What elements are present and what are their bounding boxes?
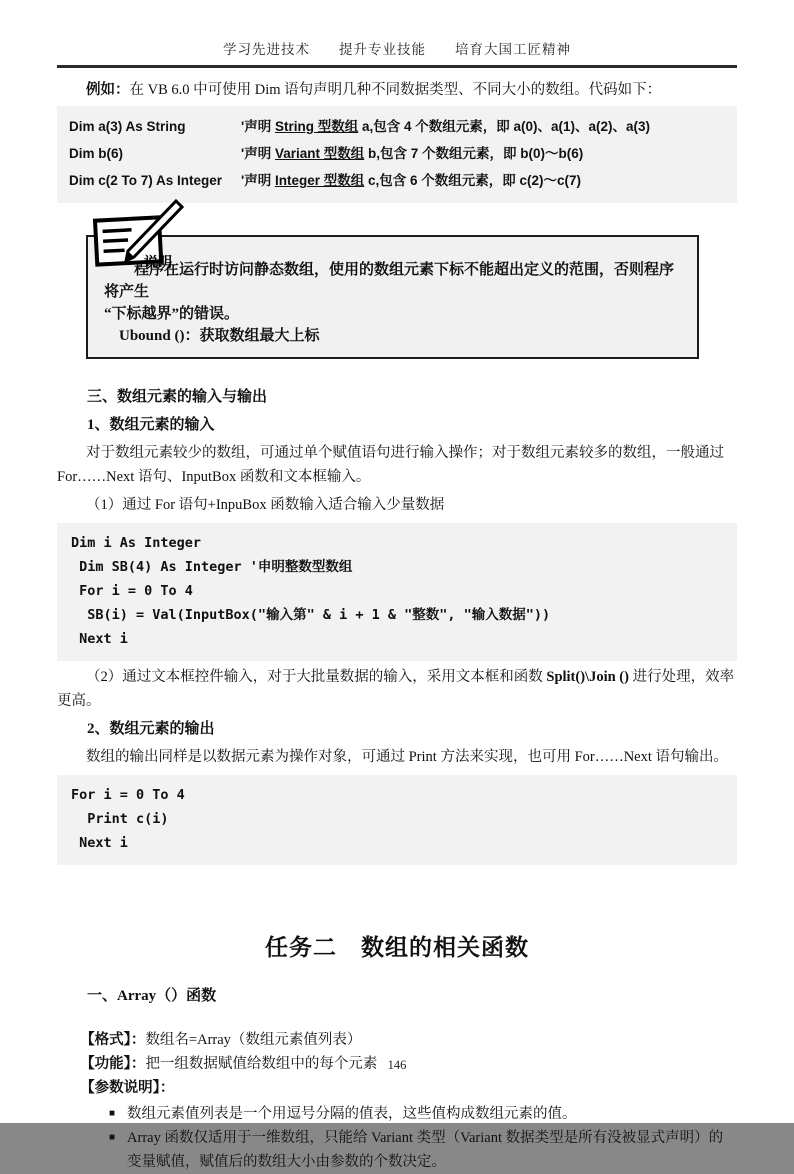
page-header: 学习先进技术 提升专业技能 培育大国工匠精神 — [57, 38, 737, 68]
code-line: Next i — [71, 831, 725, 855]
params-line: 【参数说明】： — [57, 1076, 737, 1100]
bullet-item: ■数组元素值列表是一个用逗号分隔的值表，这些值构成数组元素的值。 — [109, 1102, 737, 1126]
format-label: 【格式】： — [80, 1032, 145, 1048]
code-comment: '声明 Integer 型数组 c,包含 6 个数组元素，即 c(2)～c(7) — [241, 167, 727, 194]
input-paragraph: 对于数组元素较少的数组，可通过单个赋值语句进行输入操作；对于数组元素较多的数组，… — [57, 441, 737, 489]
page-number: 146 — [0, 1058, 794, 1073]
note-callout: 说明 程序在运行时访问静态数组，使用的数组元素下标不能超出定义的范围，否则程序将… — [86, 235, 699, 359]
code-comment: '声明 Variant 型数组 b,包含 7 个数组元素，即 b(0)～b(6) — [241, 140, 727, 167]
example-label: 例如： — [86, 82, 130, 98]
comment-underlined: Integer 型数组 — [275, 173, 364, 188]
code-row: Dim c(2 To 7) As Integer '声明 Integer 型数组… — [69, 167, 727, 194]
example-paragraph: 例如：在 VB 6.0 中可使用 Dim 语句声明几种不同数据类型、不同大小的数… — [57, 79, 737, 101]
code-line: Dim SB(4) As Integer '申明整数型数组 — [71, 555, 725, 579]
array-function-heading: 一、Array（）函数 — [57, 984, 737, 1008]
comment-rest: c,包含 6 个数组元素，即 c(2)～c(7) — [364, 173, 581, 188]
comment-rest: b,包含 7 个数组元素，即 b(0)～b(6) — [364, 146, 583, 161]
note-icon-label: 说明 — [144, 254, 172, 271]
code-line: For i = 0 To 4 — [71, 783, 725, 807]
output-paragraph: 数组的输出同样是以数据元素为操作对象，可通过 Print 方法来实现，也可用 F… — [57, 745, 737, 769]
code-line: For i = 0 To 4 — [71, 579, 725, 603]
bullet-text: 数组元素值列表是一个用逗号分隔的值表，这些值构成数组元素的值。 — [127, 1102, 577, 1126]
square-bullet-icon: ■ — [109, 1126, 115, 1174]
output-code-block: For i = 0 To 4 Print c(i) Next i — [57, 775, 737, 865]
dim-code-block: Dim a(3) As String '声明 String 型数组 a,包含 4… — [57, 106, 737, 203]
code-row: Dim b(6) '声明 Variant 型数组 b,包含 7 个数组元素，即 … — [69, 140, 727, 167]
bullet-text: Array 函数仅适用于一维数组，只能给 Variant 类型（Variant … — [127, 1126, 737, 1174]
comment-prefix: '声明 — [241, 146, 275, 161]
note-line: Ubound ()：获取数组最大上标 — [104, 325, 681, 347]
notepad-pencil-icon: 说明 — [88, 199, 184, 277]
square-bullet-icon: ■ — [109, 1102, 115, 1126]
format-line: 【格式】：数组名=Array（数组元素值列表） — [57, 1028, 737, 1052]
note-line: “下标越界”的错误。 — [104, 303, 681, 325]
comment-underlined: String 型数组 — [275, 119, 358, 134]
code-statement: Dim b(6) — [69, 140, 241, 167]
item1-line: （1）通过 For 语句+InpuBox 函数输入适合输入少量数据 — [57, 493, 737, 517]
subsection-heading-output: 2、数组元素的输出 — [57, 717, 737, 741]
note-line: 程序在运行时访问静态数组，使用的数组元素下标不能超出定义的范围，否则程序将产生 — [104, 259, 681, 303]
item2-function-names: Split()\Join () — [546, 669, 629, 685]
params-bullet-list: ■数组元素值列表是一个用逗号分隔的值表，这些值构成数组元素的值。 ■Array … — [57, 1102, 737, 1174]
section-heading: 三、数组元素的输入与输出 — [57, 385, 737, 409]
comment-underlined: Variant 型数组 — [275, 146, 364, 161]
example-text: 在 VB 6.0 中可使用 Dim 语句声明几种不同数据类型、不同大小的数组。代… — [130, 82, 662, 98]
subsection-heading-input: 1、数组元素的输入 — [57, 413, 737, 437]
item2-paragraph: （2）通过文本框控件输入，对于大批量数据的输入，采用文本框和函数 Split()… — [57, 665, 737, 713]
comment-prefix: '声明 — [241, 173, 275, 188]
code-line: Dim i As Integer — [71, 531, 725, 555]
item2-prefix: （2）通过文本框控件输入，对于大批量数据的输入，采用文本框和函数 — [86, 669, 546, 685]
comment-rest: a,包含 4 个数组元素，即 a(0)、a(1)、a(2)、a(3) — [358, 119, 650, 134]
bullet-item: ■Array 函数仅适用于一维数组，只能给 Variant 类型（Variant… — [109, 1126, 737, 1174]
task2-title: 任务二 数组的相关函数 — [57, 929, 737, 962]
code-line: SB(i) = Val(InputBox("输入第" & i + 1 & "整数… — [71, 603, 725, 627]
format-text: 数组名=Array（数组元素值列表） — [145, 1032, 361, 1048]
code-statement: Dim a(3) As String — [69, 113, 241, 140]
code-row: Dim a(3) As String '声明 String 型数组 a,包含 4… — [69, 113, 727, 140]
header-motto: 学习先进技术 提升专业技能 培育大国工匠精神 — [57, 38, 737, 58]
comment-prefix: '声明 — [241, 119, 275, 134]
input-code-block: Dim i As Integer Dim SB(4) As Integer '申… — [57, 523, 737, 661]
params-label: 【参数说明】： — [80, 1080, 174, 1096]
code-statement: Dim c(2 To 7) As Integer — [69, 167, 241, 194]
code-line: Next i — [71, 627, 725, 651]
document-page: 学习先进技术 提升专业技能 培育大国工匠精神 例如：在 VB 6.0 中可使用 … — [0, 0, 794, 1123]
code-line: Print c(i) — [71, 807, 725, 831]
code-comment: '声明 String 型数组 a,包含 4 个数组元素，即 a(0)、a(1)、… — [241, 113, 727, 140]
